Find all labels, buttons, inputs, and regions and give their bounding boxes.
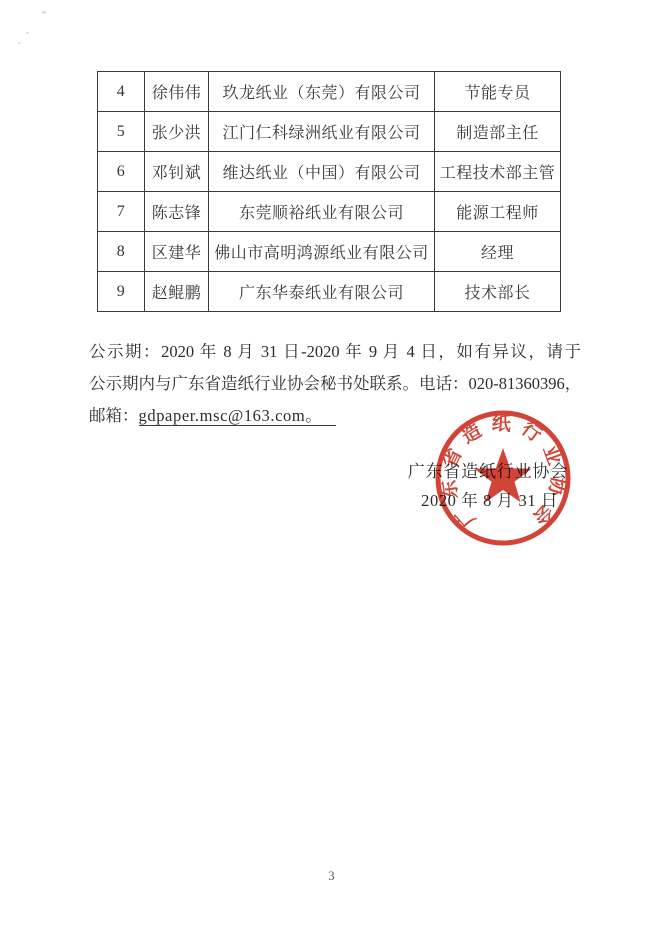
cell-position: 技术部长 xyxy=(435,272,561,312)
cell-name: 赵鲲鹏 xyxy=(145,272,209,312)
cell-position: 经理 xyxy=(435,232,561,272)
cell-company: 东莞顺裕纸业有限公司 xyxy=(209,192,435,232)
cell-name: 张少洪 xyxy=(145,112,209,152)
scan-speck xyxy=(26,32,29,34)
page-number: 3 xyxy=(0,869,663,884)
cell-position: 能源工程师 xyxy=(435,192,561,232)
notice-line-1: 公示期：2020 年 8 月 31 日-2020 年 9 月 4 日，如有异议，… xyxy=(89,336,581,368)
table-row: 8 区建华 佛山市高明鸿源纸业有限公司 经理 xyxy=(98,232,561,272)
table-row: 6 邓钊斌 维达纸业（中国）有限公司 工程技术部主管 xyxy=(98,152,561,192)
email-label: 邮箱： xyxy=(89,406,139,425)
notice-paragraph: 公示期：2020 年 8 月 31 日-2020 年 9 月 4 日，如有异议，… xyxy=(89,336,581,432)
cell-position: 制造部主任 xyxy=(435,112,561,152)
signature-org: 广东省造纸行业协会 xyxy=(408,461,568,483)
scan-speck xyxy=(18,42,21,44)
signature-date: 2020 年 8 月 31 日 xyxy=(408,490,568,512)
cell-number: 4 xyxy=(98,72,145,112)
cell-name: 陈志锋 xyxy=(145,192,209,232)
cell-number: 5 xyxy=(98,112,145,152)
table-row: 4 徐伟伟 玖龙纸业（东莞）有限公司 节能专员 xyxy=(98,72,561,112)
signature-block: 广东省造纸行业协会 2020 年 8 月 31 日 xyxy=(408,461,568,512)
cell-position: 节能专员 xyxy=(435,72,561,112)
table-row: 9 赵鲲鹏 广东华泰纸业有限公司 技术部长 xyxy=(98,272,561,312)
email-link[interactable]: gdpaper.msc@163.com。 xyxy=(139,406,337,426)
cell-name: 徐伟伟 xyxy=(145,72,209,112)
cell-name: 邓钊斌 xyxy=(145,152,209,192)
scan-speck xyxy=(42,11,46,14)
table-row: 5 张少洪 江门仁科绿洲纸业有限公司 制造部主任 xyxy=(98,112,561,152)
cell-company: 玖龙纸业（东莞）有限公司 xyxy=(209,72,435,112)
cell-number: 8 xyxy=(98,232,145,272)
cell-number: 6 xyxy=(98,152,145,192)
notice-line-3: 邮箱：gdpaper.msc@163.com。 xyxy=(89,400,581,432)
cell-company: 佛山市高明鸿源纸业有限公司 xyxy=(209,232,435,272)
cell-company: 江门仁科绿洲纸业有限公司 xyxy=(209,112,435,152)
cell-company: 广东华泰纸业有限公司 xyxy=(209,272,435,312)
cell-name: 区建华 xyxy=(145,232,209,272)
table-row: 7 陈志锋 东莞顺裕纸业有限公司 能源工程师 xyxy=(98,192,561,232)
candidates-table: 4 徐伟伟 玖龙纸业（东莞）有限公司 节能专员 5 张少洪 江门仁科绿洲纸业有限… xyxy=(97,71,561,312)
cell-company: 维达纸业（中国）有限公司 xyxy=(209,152,435,192)
document-page: 4 徐伟伟 玖龙纸业（东莞）有限公司 节能专员 5 张少洪 江门仁科绿洲纸业有限… xyxy=(0,0,663,945)
cell-position: 工程技术部主管 xyxy=(435,152,561,192)
cell-number: 9 xyxy=(98,272,145,312)
notice-line-2: 公示期内与广东省造纸行业协会秘书处联系。电话：020-81360396， xyxy=(89,368,581,400)
cell-number: 7 xyxy=(98,192,145,232)
